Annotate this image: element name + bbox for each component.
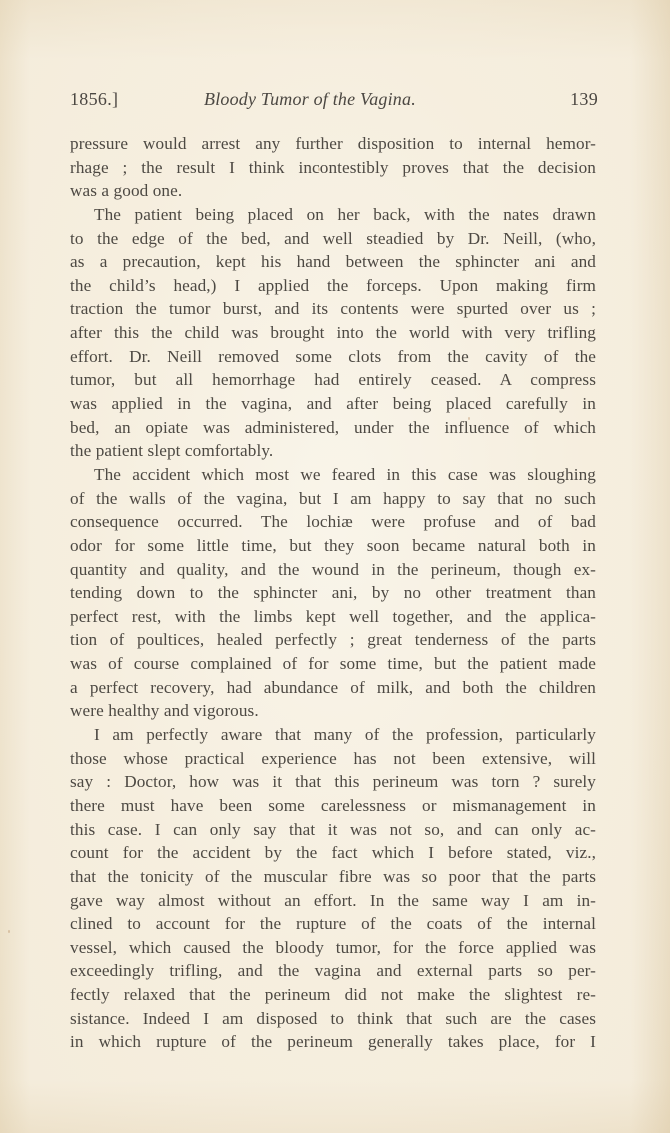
text-line: consequence occurred. The lochiæ were pr… (70, 510, 596, 534)
text-line: say : Doctor, how was it that this perin… (70, 770, 596, 794)
text-line: the child’s head,) I applied the forceps… (70, 274, 596, 298)
text-line: to the edge of the bed, and well steadie… (70, 227, 596, 251)
text-line: gave way almost without an effort. In th… (70, 889, 596, 913)
text-line: a perfect recovery, had abundance of mil… (70, 676, 596, 700)
text-line: the patient slept comfortably. (70, 439, 596, 463)
text-line: that the tonicity of the muscular fibre … (70, 865, 596, 889)
paragraph: pressure would arrest any further dispos… (70, 132, 596, 203)
text-line: after this the child was brought into th… (70, 321, 596, 345)
text-line: tending down to the sphincter ani, by no… (70, 581, 596, 605)
paper-speck (401, 1046, 403, 1049)
text-line: there must have been some carelessness o… (70, 794, 596, 818)
text-line: as a precaution, kept his hand between t… (70, 250, 596, 274)
text-line: quantity and quality, and the wound in t… (70, 558, 596, 582)
paper-speck (318, 168, 320, 171)
body-text: pressure would arrest any further dispos… (70, 132, 596, 1054)
text-line: effort. Dr. Neill removed some clots fro… (70, 345, 596, 369)
text-line: pressure would arrest any further dispos… (70, 132, 596, 156)
text-line: was a good one. (70, 179, 596, 203)
text-line: was of course complained of for some tim… (70, 652, 596, 676)
text-line: fectly relaxed that the perineum did not… (70, 983, 596, 1007)
paragraph: The accident which most we feared in thi… (70, 463, 596, 723)
text-line: was applied in the vagina, and after bei… (70, 392, 596, 416)
text-line: tumor, but all hemorrhage had entirely c… (70, 368, 596, 392)
text-line: tion of poultices, healed perfectly ; gr… (70, 628, 596, 652)
paper-speck (8, 930, 10, 933)
text-line: The patient being placed on her back, wi… (70, 203, 596, 227)
paragraph: I am perfectly aware that many of the pr… (70, 723, 596, 1054)
text-line: of the walls of the vagina, but I am hap… (70, 487, 596, 511)
page-number: 139 (570, 87, 598, 111)
book-page: 1856.] Bloody Tumor of the Vagina. 139 p… (0, 0, 670, 1133)
text-line: traction the tumor burst, and its conten… (70, 297, 596, 321)
text-line: The accident which most we feared in thi… (70, 463, 596, 487)
text-line: odor for some little time, but they soon… (70, 534, 596, 558)
paragraph: The patient being placed on her back, wi… (70, 203, 596, 463)
running-head: 1856.] Bloody Tumor of the Vagina. 139 (70, 87, 598, 111)
text-line: sistance. Indeed I am disposed to think … (70, 1007, 596, 1031)
text-line: were healthy and vigorous. (70, 699, 596, 723)
text-line: clined to account for the rupture of the… (70, 912, 596, 936)
text-line: those whose practical experience has not… (70, 747, 596, 771)
text-line: count for the accident by the fact which… (70, 841, 596, 865)
text-line: bed, an opiate was administered, under t… (70, 416, 596, 440)
text-line: in which rupture of the perineum general… (70, 1030, 596, 1054)
paper-speck (468, 417, 470, 420)
text-line: I am perfectly aware that many of the pr… (70, 723, 596, 747)
text-line: vessel, which caused the bloody tumor, f… (70, 936, 596, 960)
running-head-year: 1856.] (70, 87, 118, 111)
running-head-title: Bloody Tumor of the Vagina. (204, 87, 416, 111)
text-line: perfect rest, with the limbs kept well t… (70, 605, 596, 629)
text-line: rhage ; the result I think incontestibly… (70, 156, 596, 180)
text-line: this case. I can only say that it was no… (70, 818, 596, 842)
text-line: exceedingly trifling, and the vagina and… (70, 959, 596, 983)
